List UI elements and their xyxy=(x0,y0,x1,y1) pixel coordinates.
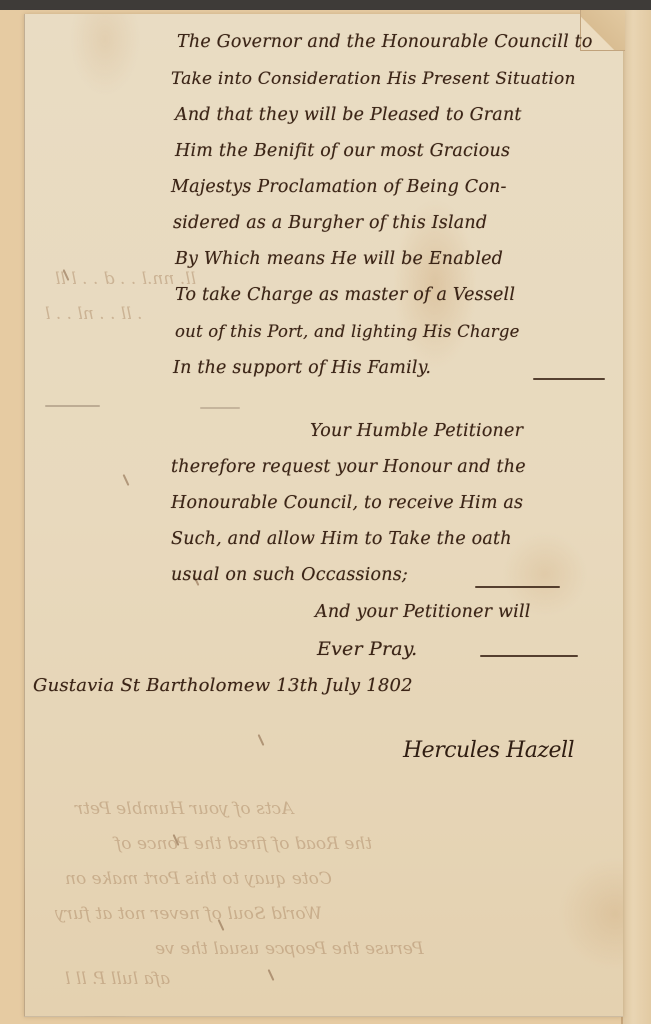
backing-sheet xyxy=(621,10,651,1024)
ink-blot xyxy=(268,969,275,981)
bleed-through-text: . ll . . nl . . l xyxy=(45,304,143,324)
text-line: In the support of His Family. xyxy=(173,360,431,378)
closing-line: Ever Pray. xyxy=(317,640,417,659)
text-line: sidered as a Burgher of this Island xyxy=(173,215,487,233)
text-line: Majestys Proclamation of Being Con- xyxy=(171,179,507,197)
bleed-through-text: afa lull P. ll l xyxy=(65,969,170,989)
closing-line: therefore request your Honour and the xyxy=(171,459,526,477)
bleed-through-text: Acts of your Humble Petr xyxy=(75,799,293,819)
bleed-through-text: World Soul of never not at fury xyxy=(55,904,322,924)
faint-rule xyxy=(200,407,240,409)
closing-line: Your Humble Petitioner xyxy=(310,423,523,441)
text-line: By Which means He will be Enabled xyxy=(175,251,503,269)
text-line: Take into Consideration His Present Situ… xyxy=(171,71,576,88)
dateline: Gustavia St Bartholomew 13th July 1802 xyxy=(33,677,413,695)
closing-line: usual on such Occassions; xyxy=(171,567,408,585)
manuscript-page: ll. nn.l . . d . . l ll . ll . . nl . . … xyxy=(24,14,623,1017)
text-line: Him the Benifit of our most Gracious xyxy=(175,143,510,161)
document-scan: ll. nn.l . . d . . l ll . ll . . nl . . … xyxy=(0,0,651,1024)
closing-line: Such, and allow Him to Take the oath xyxy=(171,531,512,549)
faint-rule xyxy=(45,405,100,407)
text-line: out of this Port, and lighting His Charg… xyxy=(175,324,520,341)
closing-line: And your Petitioner will xyxy=(315,604,531,622)
ink-blot xyxy=(258,734,265,746)
text-line: And that they will be Pleased to Grant xyxy=(175,107,522,125)
line-filler-rule xyxy=(475,586,560,588)
text-line: The Governor and the Honourable Councill… xyxy=(177,34,593,52)
closing-line: Honourable Council, to receive Him as xyxy=(171,495,523,513)
scanner-edge xyxy=(0,0,651,10)
bleed-through-text: Peruse the Peopce usual the ve xyxy=(155,939,424,959)
ink-blot xyxy=(123,474,130,486)
text-line: To take Charge as master of a Vessell xyxy=(175,287,515,305)
line-filler-rule xyxy=(480,655,578,657)
signature: Hercules Hazell xyxy=(403,738,574,763)
bleed-through-text: the Road of fired the Ponce of xyxy=(115,834,372,854)
bleed-through-text: Cote quay to this Port make on xyxy=(65,869,332,889)
line-filler-rule xyxy=(533,378,605,380)
